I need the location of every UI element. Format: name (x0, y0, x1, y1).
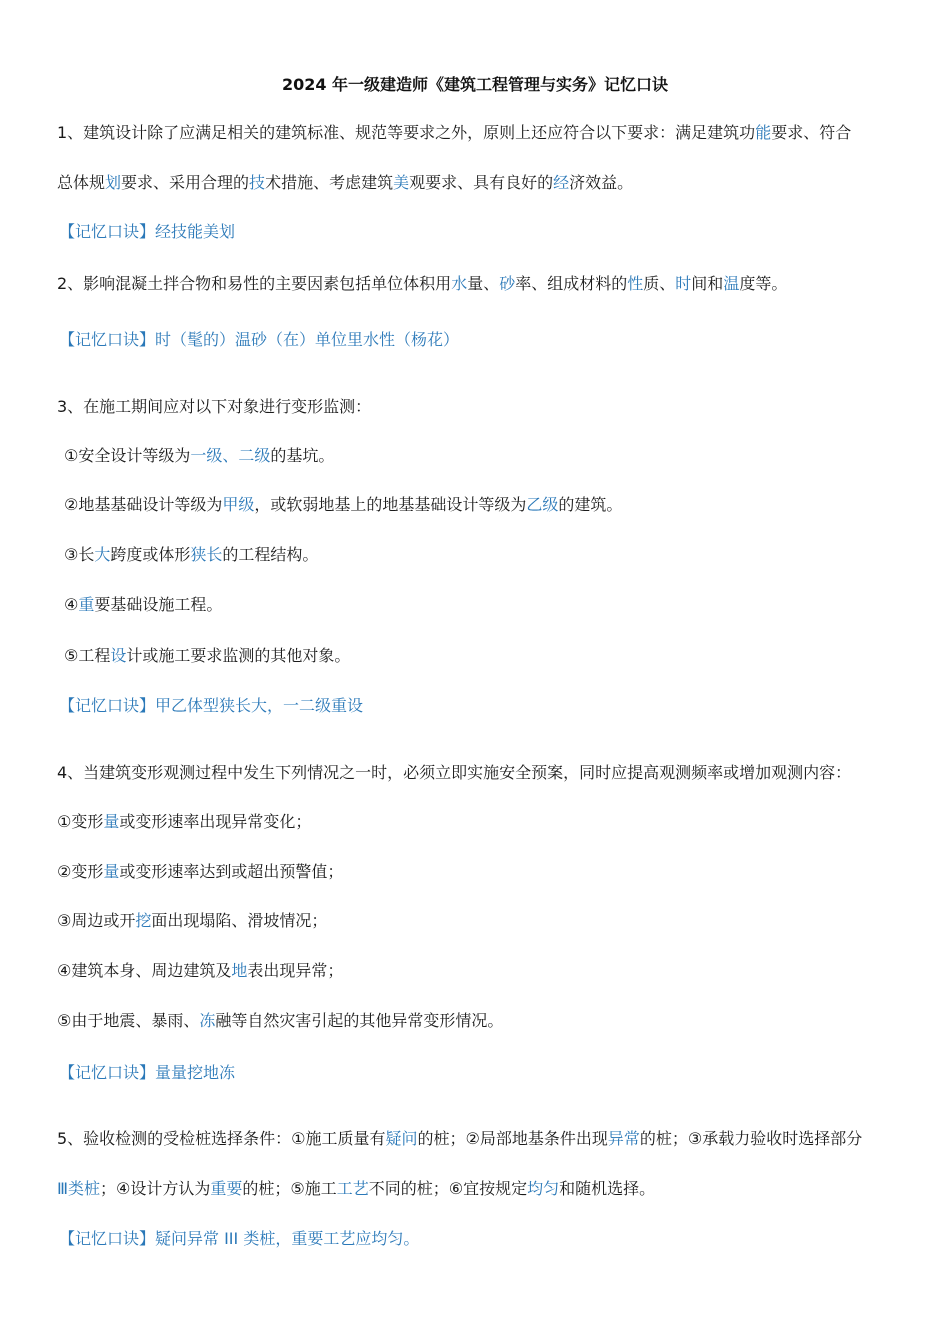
text-segment: 观要求、具有良好的 (409, 173, 553, 192)
highlighted-keyword: 冻 (199, 1011, 215, 1030)
section-5-line-2: Ⅲ类桩；④设计方认为重要的桩；⑤施工工艺不同的桩；⑥宜按规定均匀和随机选择。 (57, 1178, 655, 1200)
highlighted-keyword: 经 (553, 173, 569, 192)
text-segment: 的工程结构。 (222, 545, 318, 564)
text-segment: 量、 (467, 274, 499, 293)
section-3-item-3: ③长大跨度或体形狭长的工程结构。 (64, 544, 318, 566)
highlighted-keyword: 工艺 (337, 1179, 369, 1198)
section-4-line-1: 4、当建筑变形观测过程中发生下列情况之一时，必须立即实施安全预案，同时应提高观测… (57, 762, 851, 784)
highlighted-keyword: 甲级 (222, 495, 254, 514)
text-segment: 要求、符合 (771, 123, 851, 142)
text-segment: 的桩；②局部地基条件出现 (418, 1129, 608, 1148)
text-segment: ②地基基础设计等级为 (64, 495, 222, 514)
text-segment: 总体规 (57, 173, 105, 192)
highlighted-keyword: 重要 (210, 1179, 242, 1198)
text-segment: ②变形 (57, 862, 103, 881)
text-segment: 不同的桩；⑥宜按规定 (369, 1179, 527, 1198)
text-segment: ①安全设计等级为 (64, 446, 190, 465)
section-3-item-2: ②地基基础设计等级为甲级，或软弱地基上的地基基础设计等级为乙级的建筑。 (64, 494, 622, 516)
text-segment: ④建筑本身、周边建筑及 (57, 961, 231, 980)
highlighted-keyword: 重 (78, 595, 94, 614)
text-segment: 的建筑。 (558, 495, 622, 514)
highlighted-keyword: 温 (723, 274, 739, 293)
section-4-item-1: ①变形量或变形速率出现异常变化； (57, 811, 311, 833)
section-1-line-1: 1、建筑设计除了应满足相关的建筑标准、规范等要求之外，原则上还应符合以下要求：满… (57, 122, 851, 144)
text-segment: 计或施工要求监测的其他对象。 (126, 646, 350, 665)
text-segment: 质、 (643, 274, 675, 293)
highlighted-keyword: 水 (451, 274, 467, 293)
text-segment: ；④设计方认为 (100, 1179, 210, 1198)
text-segment: 1、建筑设计除了应满足相关的建筑标准、规范等要求之外，原则上还应符合以下要求：满… (57, 123, 755, 142)
highlighted-keyword: 划 (105, 173, 121, 192)
highlighted-keyword: 地 (231, 961, 247, 980)
highlighted-keyword: 异常 (608, 1129, 640, 1148)
text-segment: 表出现异常； (247, 961, 343, 980)
section-4-item-4: ④建筑本身、周边建筑及地表出现异常； (57, 960, 343, 982)
highlighted-keyword: 量 (103, 862, 119, 881)
section-4-item-3: ③周边或开挖面出现塌陷、滑坡情况； (57, 910, 327, 932)
highlighted-keyword: 时 (675, 274, 691, 293)
highlighted-keyword: 量 (103, 812, 119, 831)
text-segment: 或变形速率达到或超出预警值； (119, 862, 343, 881)
text-segment: 济效益。 (569, 173, 633, 192)
text-segment: 率、组成材料的 (515, 274, 627, 293)
text-segment: ①变形 (57, 812, 103, 831)
text-segment: ，或软弱地基上的地基基础设计等级为 (254, 495, 526, 514)
text-segment: 间和 (691, 274, 723, 293)
section-4-item-2: ②变形量或变形速率达到或超出预警值； (57, 861, 343, 883)
text-segment: 要求、采用合理的 (121, 173, 249, 192)
highlighted-keyword: 大 (94, 545, 110, 564)
section-3-item-5: ⑤工程设计或施工要求监测的其他对象。 (64, 645, 350, 667)
text-segment: 术措施、考虑建筑 (265, 173, 393, 192)
text-segment: 跨度或体形 (110, 545, 190, 564)
highlighted-keyword: 性 (627, 274, 643, 293)
document-page: 2024 年一级建造师《建筑工程管理与实务》记忆口诀 1、建筑设计除了应满足相关… (0, 0, 950, 1344)
text-segment: 或变形速率出现异常变化； (119, 812, 311, 831)
text-segment: 融等自然灾害引起的其他异常变形情况。 (215, 1011, 503, 1030)
text-segment: 要基础设施工程。 (94, 595, 222, 614)
section-4-item-5: ⑤由于地震、暴雨、冻融等自然灾害引起的其他异常变形情况。 (57, 1010, 503, 1032)
text-segment: ③长 (64, 545, 94, 564)
text-segment: 的基坑。 (270, 446, 334, 465)
section-5-line-1: 5、验收检测的受检桩选择条件：①施工质量有疑问的桩；②局部地基条件出现异常的桩；… (57, 1128, 862, 1150)
text-segment: ⑤工程 (64, 646, 110, 665)
highlighted-keyword: 均匀 (527, 1179, 559, 1198)
page-title: 2024 年一级建造师《建筑工程管理与实务》记忆口诀 (0, 72, 950, 95)
text-segment: 4、当建筑变形观测过程中发生下列情况之一时，必须立即实施安全预案，同时应提高观测… (57, 763, 851, 782)
text-segment: 和随机选择。 (559, 1179, 655, 1198)
text-segment: ③周边或开 (57, 911, 135, 930)
highlighted-keyword: Ⅲ类桩 (57, 1179, 100, 1198)
text-segment: ⑤由于地震、暴雨、 (57, 1011, 199, 1030)
text-segment: 3、在施工期间应对以下对象进行变形监测： (57, 397, 371, 416)
section-3-item-1: ①安全设计等级为一级、二级的基坑。 (64, 445, 334, 467)
text-segment: 2、影响混凝土拌合物和易性的主要因素包括单位体积用 (57, 274, 451, 293)
section-1-mnemonic: 【记忆口诀】经技能美划 (59, 221, 235, 243)
text-segment: 面出现塌陷、滑坡情况； (151, 911, 327, 930)
text-segment: 的桩；⑤施工 (242, 1179, 336, 1198)
section-1-line-2: 总体规划要求、采用合理的技术措施、考虑建筑美观要求、具有良好的经济效益。 (57, 172, 633, 194)
text-segment: 5、验收检测的受检桩选择条件：①施工质量有 (57, 1129, 386, 1148)
highlighted-keyword: 砂 (499, 274, 515, 293)
highlighted-keyword: 美 (393, 173, 409, 192)
section-2-mnemonic: 【记忆口诀】时（髦的）温砂（在）单位里水性（杨花） (59, 329, 459, 351)
section-2-line-1: 2、影响混凝土拌合物和易性的主要因素包括单位体积用水量、砂率、组成材料的性质、时… (57, 273, 787, 295)
text-segment: ④ (64, 595, 78, 614)
highlighted-keyword: 技 (249, 173, 265, 192)
highlighted-keyword: 狭长 (190, 545, 222, 564)
section-3-mnemonic: 【记忆口诀】甲乙体型狭长大，一二级重设 (59, 695, 363, 717)
highlighted-keyword: 能 (755, 123, 771, 142)
text-segment: 的桩；③承载力验收时选择部分 (640, 1129, 862, 1148)
highlighted-keyword: 疑问 (386, 1129, 418, 1148)
section-3-item-4: ④重要基础设施工程。 (64, 594, 222, 616)
highlighted-keyword: 一级、二级 (190, 446, 270, 465)
text-segment: 度等。 (739, 274, 787, 293)
section-5-mnemonic: 【记忆口诀】疑问异常 III 类桩，重要工艺应均匀。 (59, 1228, 419, 1250)
section-3-line-1: 3、在施工期间应对以下对象进行变形监测： (57, 396, 371, 418)
highlighted-keyword: 乙级 (526, 495, 558, 514)
highlighted-keyword: 挖 (135, 911, 151, 930)
section-4-mnemonic: 【记忆口诀】量量挖地冻 (59, 1062, 235, 1084)
highlighted-keyword: 设 (110, 646, 126, 665)
